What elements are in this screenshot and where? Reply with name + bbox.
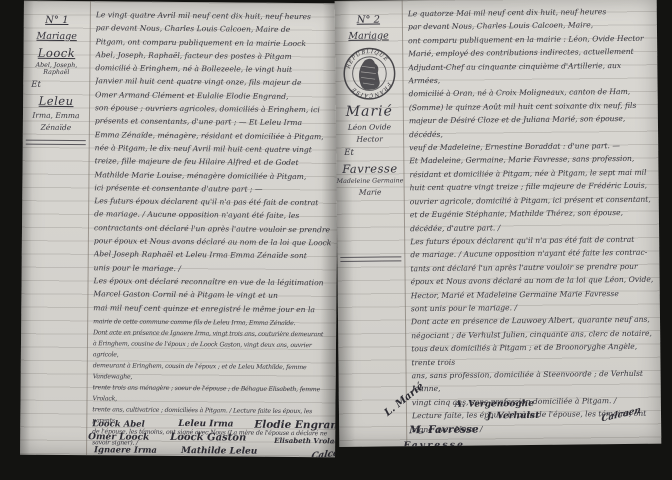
- left-margin-column: N° 1 Mariage Loock Abel, Joseph, Raphaël…: [23, 1, 90, 146]
- register-scan: N° 1 Mariage Loock Abel, Joseph, Raphaël…: [0, 0, 672, 480]
- signature-mayor-paraphe: Calcoen: [601, 405, 641, 424]
- et-label: Et: [23, 80, 89, 91]
- act-body-text: Le vingt quatre Avril mil neuf cent dix …: [93, 8, 334, 316]
- act-body-text: Le quatorze Mai mil neuf cent dix huit, …: [408, 5, 656, 437]
- bride-given-names: Irma, Emma: [23, 111, 89, 121]
- groom-given-names: Léon Ovide: [336, 122, 403, 132]
- signature-verhulst: J. Verhulst: [487, 411, 539, 422]
- signature-mathilde-leleu: Mathilde Leleu: [181, 446, 257, 457]
- act-type-label: Mariage: [335, 30, 402, 42]
- signature-vergenooghe: A. Vergenooghe: [455, 399, 534, 410]
- stamp-figure: [358, 59, 379, 90]
- signature-m-favresse: M. Favresse: [409, 424, 479, 437]
- signature-loock-abel: Loock Abel: [92, 419, 145, 429]
- et-label: Et: [336, 147, 403, 158]
- groom-given-names: Abel, Joseph, Raphaël: [23, 62, 89, 77]
- groom-given-names-2: Hector: [336, 134, 403, 144]
- groom-surname: Loock: [23, 46, 89, 61]
- right-page: N° 2 Mariage RÉPUBLIQUE FRANÇAISE Marié …: [335, 0, 662, 447]
- act-number: N° 1: [24, 1, 90, 27]
- right-margin-column: N° 2 Mariage RÉPUBLIQUE FRANÇAISE Marié …: [335, 0, 405, 262]
- signature-ignaere-irma: Ignaere Irma: [94, 445, 157, 456]
- signature-block: L. Marié A. Vergenooghe J. Verhulst M. F…: [339, 386, 658, 447]
- signature-omer-loock: Omer Loock: [88, 432, 149, 443]
- bride-surname: Favresse: [336, 161, 403, 176]
- bride-given-names-2: Marie: [337, 187, 404, 197]
- signature-loock-gaston: Loock Gaston: [170, 432, 246, 444]
- margin-divider-rule: [340, 256, 401, 262]
- act-type-label: Mariage: [24, 31, 90, 43]
- bride-given-names: Madeleine Germaine: [337, 177, 404, 185]
- republique-francaise-stamp-icon: RÉPUBLIQUE FRANÇAISE: [341, 45, 398, 102]
- bride-surname: Leleu: [23, 94, 89, 109]
- signature-favresse: Favresse: [403, 440, 465, 447]
- bride-given-names-2: Zénaïde: [23, 123, 89, 133]
- signature-leleu-irma: Leleu Irma: [178, 419, 233, 429]
- signature-block: Loock Abel Leleu Irma Elodie Engrand Ome…: [86, 417, 331, 457]
- margin-divider-rule: [26, 140, 86, 146]
- act-number: N° 2: [335, 0, 402, 26]
- groom-surname: Marié: [336, 103, 403, 120]
- signature-l-marie: L. Marié: [383, 381, 427, 419]
- left-page: N° 1 Mariage Loock Abel, Joseph, Raphaël…: [20, 1, 339, 458]
